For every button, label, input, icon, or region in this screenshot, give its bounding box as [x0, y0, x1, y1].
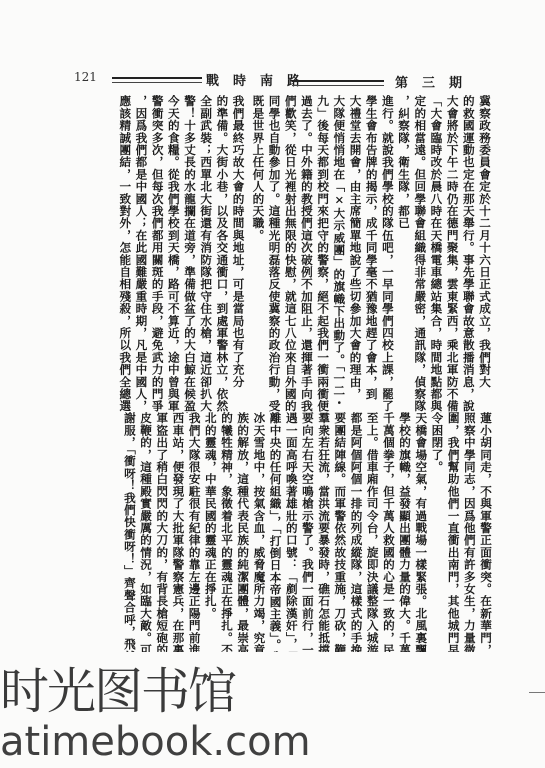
bottom-text-block: 蓮小胡同走，不與軍警正面衝突。在新華門，我們沒餘救了照察中學同志，因爲他們有許多… — [60, 412, 492, 652]
text-column: 警！十多丈長的水龍攔在道旁，準備做盆了的大白鯨在候盈楂 — [183, 95, 196, 413]
text-column: ，糾察隊，衛生隊，都已 — [397, 95, 410, 413]
text-column: 照察中學同志，因爲他們有許多女生，力量微薄，給軍警包 — [463, 412, 476, 652]
text-column: 警衝突多次，但每次我們都用關斑的手段，避免武力的門爭 — [151, 95, 164, 413]
text-column: 學生會布告牌的揭示，成千同學毫不猶豫地趕了會本，到 — [365, 95, 378, 413]
text-column: 令困閉了。 — [431, 412, 444, 652]
issue-label: 第三期 — [395, 72, 476, 91]
text-column: 應該精誠團結，一致對外，怎能自相殘殺，所以我們全總選 — [119, 95, 132, 413]
watermark-url: atimebook.com — [0, 718, 311, 766]
top-text-block: 冀察政務委員會定於十二月十六日正式成立，我們對大的救國運動也定在那天舉行。事先學… — [66, 95, 491, 413]
text-column: 至上。借車廂作司令台，旋即決議整隊入城游行示威。我們 — [366, 412, 379, 652]
text-column: 天橋會場空氣，有過戰場一樣緊張。北風裏飄著空中各 — [415, 412, 428, 652]
text-column: 我們最終巧故大會的時間與地址，可是當局也有了充分 — [232, 95, 245, 413]
page-number: 121 — [74, 70, 97, 84]
text-column: 同學也自動參加了。這種光明磊落反使冀察的政治行動，受敗 — [268, 95, 281, 413]
text-column: 大隊便悄悄地在「×大示威團」的旗幟下出動了。「一二・ — [333, 95, 346, 413]
watermark-chinese: 时光图书馆 — [0, 664, 235, 720]
text-column: 羣衆若狂流，當洪流要暴發時，礁石怎能抵擋得住？恐怕爲 — [318, 412, 331, 652]
text-column: 蓮小胡同走，不與軍警正面衝突。在新華門，我們沒餘救了 — [479, 412, 492, 652]
text-column: 冀察政務委員會定於十二月十六日正式成立，我們對大 — [478, 95, 491, 413]
text-column: 「大會臨時改於晨八時在天橋電車總站集合，時間地點都與原 — [430, 95, 443, 413]
text-column: 我們大隊很安駐很有紀律的靠左邊正陽門前進，不料走 — [188, 412, 201, 652]
text-column: 北的靈魂，中華民國的靈魂正在掙扎。 — [204, 412, 217, 652]
text-column: 要團結陣線。而軍警依然故技重施，刀砍，鞭笞，槍刺，但是 — [334, 412, 347, 652]
text-column: ，因爲我們都是中國人；在此國難嚴重時期，凡是中國人， — [135, 95, 148, 413]
text-column: 軍盜出了稍白閃閃的大刀的，有背長槍短砲的，也有縮 — [156, 412, 169, 652]
header-rule-right — [292, 80, 384, 86]
text-column: 的犧牲精神，象徵着北平的靈魂正在掙扎。不！他可敬可畏 — [220, 412, 233, 652]
text-column: 大會將於下午二時仍在德門聚集，雲東緊西，乘北軍防不備， — [446, 95, 459, 413]
text-column: 的救國運動也定在那天舉行。事先學聯會故意散播消息，說 — [462, 95, 475, 413]
text-column: 全副武裝；西單北大街還有消防隊把守住水槍，這近卻扒大 — [200, 95, 213, 413]
text-column: 冰天雪地中，按氣含血，威脅魔所力竭，究竟爲的是中國人 — [253, 412, 266, 652]
text-column: 西車站，便發現了大批軍隊警察憲兵，在那裏攔阻以待， — [172, 412, 185, 652]
text-column: 們歡笑，從日光裡射出無限的快慰，就這七八位來自外國的 — [284, 95, 297, 413]
scan-edge-mark — [529, 692, 545, 693]
text-column: 圍，我們幫助他們一直衝出南門，其他城門早有重兵把守森 — [447, 412, 460, 652]
text-column: 大禮堂去開會，由主席簡單地說了些切參加大會的理由， — [349, 95, 362, 413]
text-column: 的準備。大街小巷，以及各交通衝口，到處軍警林立，依然 — [216, 95, 229, 413]
text-column: 遇一面高呼喚著雄壯的口號：「剷除漢奸」，「反對設 — [285, 412, 298, 652]
text-column: 既是世界上任何人的天職。 — [252, 95, 265, 413]
text-column: 離中央的任何組織」，「打倒日本帝國主義」。我們在 — [269, 412, 282, 652]
text-column: 進行。就說我們學校的隊伍吧，一早同學們四校上課，罷了 — [381, 95, 394, 413]
header-rule-left — [112, 77, 202, 83]
text-column: 千萬個拳子，但千萬人救國的心是一致的，民族至上，國家 — [382, 412, 395, 652]
text-column: 今天的食糧。從我們學校到天橋，路可不算近，途中曾與軍 — [167, 95, 180, 413]
text-column: 皮鞭的，這種殿實嚴厲的情況，如臨大敵。可是，我們 — [139, 412, 152, 652]
text-column: 都是阿個阿個一排的列成縱隊，這樣式的手挽著手，爲的是 — [350, 412, 363, 652]
text-column: 學校的旗幟，益發顯出團體力量的偉大。千萬人的臉價怒成 — [398, 412, 411, 652]
text-column: 九」後每天都到校門來把守的警察，絕不起我們一衝兩衝便 — [317, 95, 330, 413]
text-column: 族的解放，這種代表民族的純潔團體，最崇高的美德，可 — [237, 412, 250, 652]
text-column: 要向左右天空鳴槍示警了。我們一面前行，一面放下傳單 — [301, 412, 314, 652]
text-column: 過去了。中外籍的教授們這次破例不加阻止，還揮著手向我 — [300, 95, 313, 413]
text-column: 謝服，「衝呀！我們快衝呀！」齊聲合呼，飛越過遍，迫近 — [123, 412, 136, 652]
text-column: 定的相當遠。但回學聯會組織得非常嚴密，通訊隊，偵察隊 — [414, 95, 427, 413]
